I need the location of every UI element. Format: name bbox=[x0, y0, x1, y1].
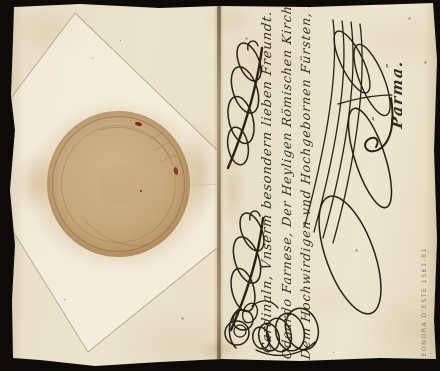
letter-packet: Dem Hochwirdigen vnd Hochgebornen Fürste… bbox=[0, 0, 440, 371]
address-line-1: Dem Hochwirdigen vnd Hochgebornen Fürste… bbox=[298, 0, 313, 360]
address-line-3: Cardinaln, Vnserm besondern lieben Freun… bbox=[260, 10, 275, 354]
pencil-annotation: ELEONORA D'ESTE 1561-81 bbox=[420, 247, 428, 367]
abbreviation-mark: „ bbox=[380, 63, 390, 68]
photo-background: Dem Hochwirdigen vnd Hochgebornen Fürste… bbox=[0, 0, 440, 371]
seal-embossing bbox=[85, 127, 176, 245]
abbreviation-mark: „ bbox=[366, 116, 376, 121]
parma-swash bbox=[338, 95, 392, 151]
destination-parma: Parma. bbox=[388, 59, 406, 130]
calligraphy-flourishes-svg bbox=[0, 0, 440, 371]
paper-specks bbox=[0, 0, 1, 1]
address-line-2: Odoardo Farnese, Der Heyligen Römischen … bbox=[279, 0, 294, 360]
